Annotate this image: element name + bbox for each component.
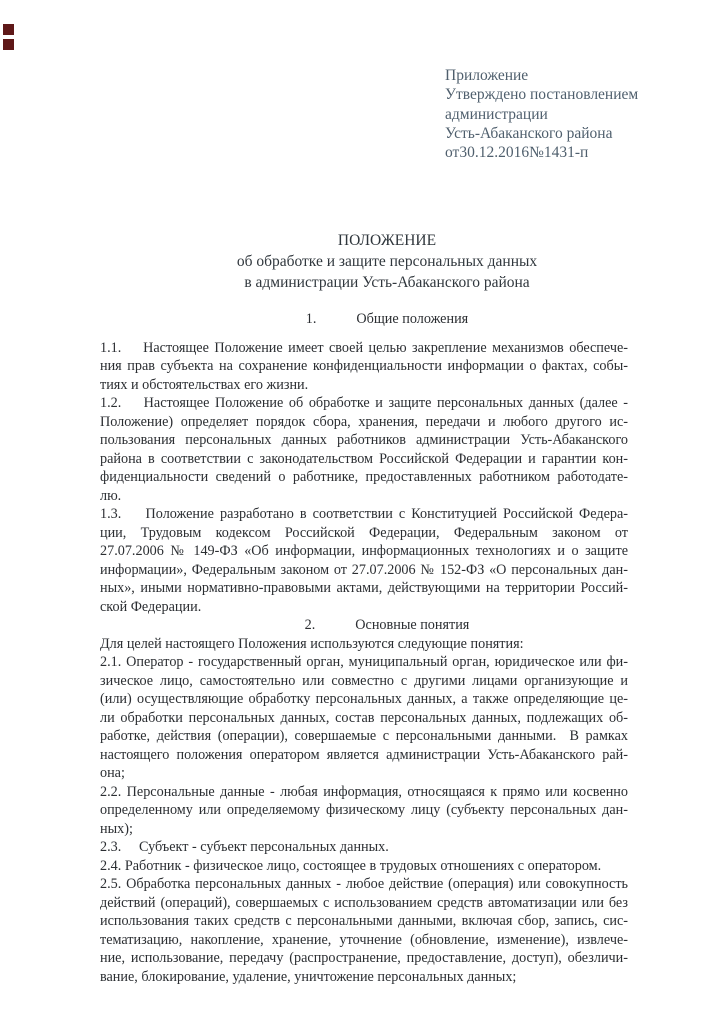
text-line: 1.3. Положение разработано в соответстви… bbox=[100, 505, 628, 524]
approval-line: Усть-Абаканского района bbox=[445, 124, 638, 143]
text-line: тематизацию, накопление, хранение, уточн… bbox=[100, 931, 628, 950]
text-line: определенному или определяемому физическ… bbox=[100, 801, 628, 820]
section-number: 1. bbox=[306, 311, 317, 327]
text-line: ных», иными нормативно-правовыми актами,… bbox=[100, 579, 628, 598]
scan-mark bbox=[3, 24, 14, 35]
title-line: ПОЛОЖЕНИЕ bbox=[146, 230, 628, 251]
text-line: 2.1. Оператор - государственный орган, м… bbox=[100, 653, 628, 672]
title-line: в администрации Усть-Абаканского района bbox=[146, 272, 628, 293]
text-line: пользования персональных данных работник… bbox=[100, 431, 628, 450]
section-2-intro: Для целей настоящего Положения использую… bbox=[100, 635, 628, 654]
text-line: ных); bbox=[100, 820, 628, 839]
paragraph-2-3: 2.3. Субъект - субъект персональных данн… bbox=[100, 838, 628, 857]
paragraph-2-4: 2.4. Работник - физическое лицо, состоящ… bbox=[100, 857, 628, 876]
paragraph-1-1: 1.1. Настоящее Положение имеет своей цел… bbox=[100, 339, 628, 395]
title-line: об обработке и защите персональных данны… bbox=[146, 251, 628, 272]
section-title: Основные понятия bbox=[355, 617, 469, 633]
text-line: ли обработки персональных данных, состав… bbox=[100, 709, 628, 728]
paragraph-2-2: 2.2. Персональные данные - любая информа… bbox=[100, 783, 628, 839]
scan-mark bbox=[3, 39, 14, 50]
section-title: Общие положения bbox=[356, 311, 468, 327]
section-1-heading: 1.Общие положения bbox=[100, 310, 628, 329]
text-line: 1.1. Настоящее Положение имеет своей цел… bbox=[100, 339, 628, 358]
text-line: использования таких средств с персональн… bbox=[100, 912, 628, 931]
section-2-heading: 2.Основные понятия bbox=[100, 616, 628, 635]
approval-block: Приложение Утверждено постановлением адм… bbox=[445, 66, 638, 162]
paragraph-2-5: 2.5. Обработка персональных данных - люб… bbox=[100, 875, 628, 986]
text-line: настоящего положения оператором является… bbox=[100, 746, 628, 765]
approval-line: Утверждено постановлением bbox=[445, 85, 638, 104]
text-line: действий (операций), совершаемых с испол… bbox=[100, 894, 628, 913]
text-line: ской Федерации. bbox=[100, 598, 628, 617]
document-page: Приложение Утверждено постановлением адм… bbox=[0, 0, 724, 1024]
approval-line: от30.12.2016№1431-п bbox=[445, 143, 638, 162]
text-line: зическое лицо, самостоятельно или совмес… bbox=[100, 672, 628, 691]
text-line: она; bbox=[100, 764, 628, 783]
text-line: (или) осуществляющие обработку персональ… bbox=[100, 690, 628, 709]
text-line: работке, действия (операции), совершаемы… bbox=[100, 727, 628, 746]
text-line: 1.2. Настоящее Положение об обработке и … bbox=[100, 394, 628, 413]
document-body: 1.Общие положения 1.1. Настоящее Положен… bbox=[100, 310, 628, 986]
text-line: тиях и обстоятельствах его жизни. bbox=[100, 376, 628, 395]
text-line: Положение) определяет порядок сбора, хра… bbox=[100, 413, 628, 432]
text-line: района в соответствии с законодательство… bbox=[100, 450, 628, 469]
document-title: ПОЛОЖЕНИЕ об обработке и защите персонал… bbox=[100, 230, 628, 293]
paragraph-2-1: 2.1. Оператор - государственный орган, м… bbox=[100, 653, 628, 783]
text-line: лю. bbox=[100, 487, 628, 506]
paragraph-1-2: 1.2. Настоящее Положение об обработке и … bbox=[100, 394, 628, 505]
text-line: 2.2. Персональные данные - любая информа… bbox=[100, 783, 628, 802]
approval-line: Приложение bbox=[445, 66, 638, 85]
text-line: фиденциальности сведений о работнике, пр… bbox=[100, 468, 628, 487]
approval-line: администрации bbox=[445, 105, 638, 124]
text-line: ние, использование, передачу (распростра… bbox=[100, 949, 628, 968]
text-line: 2.5. Обработка персональных данных - люб… bbox=[100, 875, 628, 894]
section-number: 2. bbox=[305, 617, 316, 633]
text-line: ции, Трудовым кодексом Российской Федера… bbox=[100, 524, 628, 543]
paragraph-1-3: 1.3. Положение разработано в соответстви… bbox=[100, 505, 628, 616]
text-line: 27.07.2006 № 149-ФЗ «Об информации, инфо… bbox=[100, 542, 628, 561]
text-line: вание, блокирование, удаление, уничтожен… bbox=[100, 968, 628, 987]
text-line: информации», Федеральным законом от 27.0… bbox=[100, 561, 628, 580]
text-line: ния прав субъекта на сохранение конфиден… bbox=[100, 357, 628, 376]
